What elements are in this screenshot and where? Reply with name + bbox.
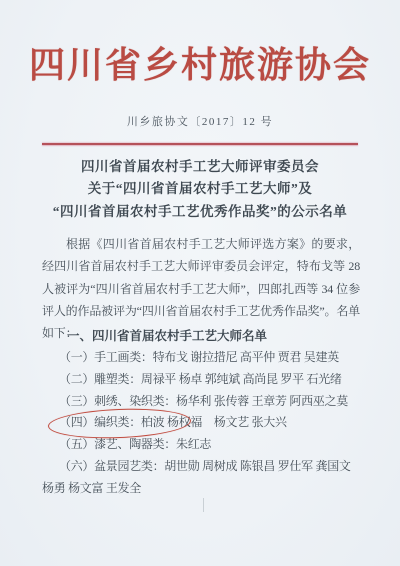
scan-artifact-mark [203,498,204,512]
document-title-line-2: 关于“四川省首届农村手工艺大师”及 [20,178,380,200]
letterhead-org-title: 四川省乡村旅游协会 [0,44,400,87]
document-title: 四川省首届农村手工艺大师评审委员会 关于“四川省首届农村手工艺大师”及 “四川省… [20,156,380,223]
list-item-sculpture: （二）雕塑类：周禄平 杨卓 郭纯斌 高尚昆 罗平 石光绪 [42,369,372,391]
list-item-handpainting: （一）手工画类：特布戈 谢拉措尼 高平仲 贾君 吴建英 [42,347,372,369]
document-reference-number: 川乡旅协文〔2017〕12 号 [0,113,400,129]
section-heading-master-list: 一、四川省首届农村手工艺大师名单 [42,325,385,347]
letterhead-divider-line [42,143,358,145]
document-title-line-1: 四川省首届农村手工艺大师评审委员会 [20,156,380,178]
scanned-official-document: 四川省乡村旅游协会 川乡旅协文〔2017〕12 号 四川省首届农村手工艺大师评审… [0,0,400,566]
list-item-continuation: 杨勇 杨文富 王发全 [42,478,372,500]
list-item-embroidery: （三）刺绣、染织类：杨华利 张传蓉 王章芳 阿西巫之莫 [42,391,372,413]
document-title-line-3: “四川省首届农村手工艺优秀作品奖”的公示名单 [20,201,380,223]
list-item-bonsai-gardening: （六）盆景园艺类：胡世勋 周树成 陈银昌 罗仕军 龚国文 [42,456,372,478]
